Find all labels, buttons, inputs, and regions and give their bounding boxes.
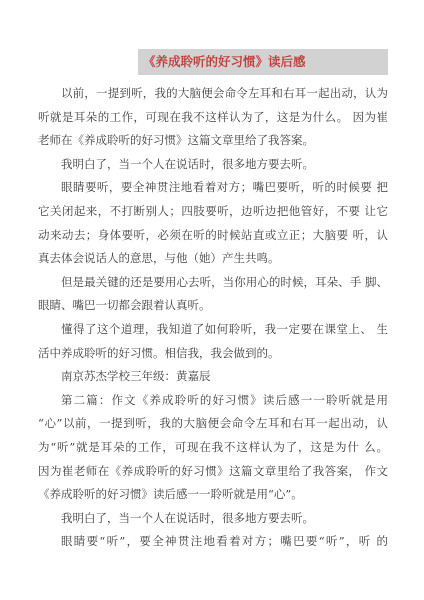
text-line: 老师在《养成聆听的好习惯》这篇文章里给了我答案。 xyxy=(38,129,388,153)
text-line: 我明白了，当一个人在说话时，很多地方要去听。 xyxy=(38,507,388,531)
text-line: 懂得了这个道理，我知道了如何聆听，我一定要在课堂上、 生 xyxy=(38,318,388,342)
text-line: 为“听”就是耳朵的工作，可现在我不这样认为了，这是为什 么。 xyxy=(38,436,388,460)
text-line: 但是最关键的还是要用心去听，当你用心的时候，耳朵、手 脚、 xyxy=(38,271,388,295)
text-line: 它关闭起来，不打断别人；四肢要听，边听边把他管好，不要 让它 xyxy=(38,200,388,224)
text-line: 动来动去；身体要听，必须在听的时候站直或立正；大脑要 听，认 xyxy=(38,224,388,248)
text-line: 听就是耳朵的工作，可现在我不这样认为了，这是为什么。 因为崔 xyxy=(38,106,388,130)
title-highlight: 《养成聆听的好习惯》读后感 xyxy=(138,49,388,75)
text-line: 以前，一提到听，我的大脑便会命令左耳和右耳一起出动，认为 xyxy=(38,82,388,106)
text-line: 南京苏杰学校三年级：黄嘉辰 xyxy=(38,365,388,389)
text-line: 我明白了，当一个人在说话时，很多地方要去听。 xyxy=(38,153,388,177)
text-line: 眼睛要“听”，要全神贯注地看着对方；嘴巴要“听”，听 的 xyxy=(38,530,388,554)
text-line: 真去体会说话人的意思，与他（她）产生共鸣。 xyxy=(38,247,388,271)
text-line: 活中养成聆听的好习惯。相信我，我会做到的。 xyxy=(38,342,388,366)
text-line: 眼睛、嘴巴一切都会跟着认真听。 xyxy=(38,294,388,318)
text-line: 《养成聆听的好习惯》读后感一一聆听就是用“心”。 xyxy=(38,483,388,507)
document-page: 《养成聆听的好习惯》读后感 以前，一提到听，我的大脑便会命令左耳和右耳一起出动，… xyxy=(0,0,424,600)
text-line: 第二篇：作文《养成聆听的好习惯》读后感一一聆听就是用 xyxy=(38,389,388,413)
text-line: “心”以前，一提到听，我的大脑便会命令左耳和右耳一起出动，认 xyxy=(38,412,388,436)
document-body: 以前，一提到听，我的大脑便会命令左耳和右耳一起出动，认为 听就是耳朵的工作，可现… xyxy=(38,82,388,554)
text-line: 因为崔老师在《养成聆听的好习惯》这篇文章里给了我答案， 作文 xyxy=(38,460,388,484)
text-line: 眼睛要听，要全神贯注地看着对方；嘴巴要听，听的时候要 把 xyxy=(38,176,388,200)
document-title: 《养成聆听的好习惯》读后感 xyxy=(138,49,388,75)
